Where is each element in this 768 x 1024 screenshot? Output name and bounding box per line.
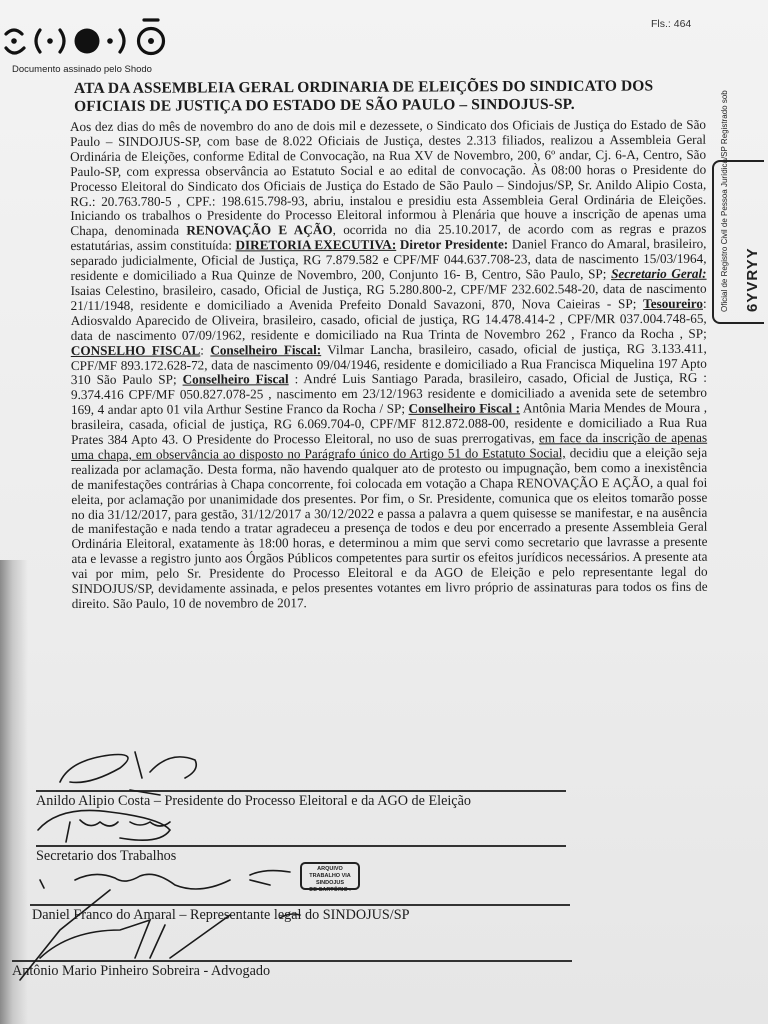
signature-caption-president: Anildo Alipio Costa – Presidente do Proc… xyxy=(36,793,471,810)
handwritten-signatures xyxy=(0,740,768,1024)
document-page: Documento assinado pelo Shodo Fls.: 464 … xyxy=(0,0,768,1024)
text-segment: Aos dez dias do mês de novembro do ano d… xyxy=(70,117,706,239)
signature-line xyxy=(30,904,570,906)
text-segment: Isaias Celestino, brasileiro, casado, Of… xyxy=(71,281,707,313)
registry-stamp-text: Oficial de Registro Civil de Pessoa Jurí… xyxy=(720,90,730,312)
secretario-label: Secretario Geral: xyxy=(611,266,707,281)
shodo-logo-icon xyxy=(2,16,172,60)
document-title: ATA DA ASSEMBLEIA GERAL ORDINARIA DE ELE… xyxy=(74,77,714,116)
stamp-line: TRABALHO VIA SINDOJUS xyxy=(302,873,358,887)
page-edge-shadow xyxy=(0,560,28,1024)
text-segment: : xyxy=(200,342,210,357)
stamp-line: ARQUIVO xyxy=(302,866,358,873)
conselheiro-label: Conselheiro Fiscal: xyxy=(210,342,321,357)
conselheiro-label: Conselheiro Fiscal xyxy=(183,372,289,387)
registry-stamp-number: 6YVRYY xyxy=(744,247,761,312)
diretoria-label: DIRETORIA EXECUTIVA: xyxy=(235,237,396,253)
conselho-label: CONSELHO FISCAL xyxy=(71,342,201,357)
conselheiro-label: Conselheiro Fiscal : xyxy=(408,401,520,416)
signature-caption-secretary: Secretario dos Trabalhos xyxy=(36,848,176,865)
text-segment: decidiu que a eleição seja realizada por… xyxy=(71,445,707,611)
logo-caption: Documento assinado pelo Shodo xyxy=(12,64,152,75)
tesoureiro-label: Tesoureiro xyxy=(643,296,703,311)
chapa-name: RENOVAÇÃO E AÇÃO xyxy=(186,222,332,238)
signature-line xyxy=(36,845,566,847)
page-reference: Fls.: 464 xyxy=(651,18,691,30)
signature-line xyxy=(12,960,572,962)
registry-stamp: Oficial de Registro Civil de Pessoa Jurí… xyxy=(712,160,764,324)
signature-caption-representative: Daniel Franco do Amaral – Representante … xyxy=(32,907,409,924)
notary-stamp: ARQUIVO TRABALHO VIA SINDOJUS DE CARTÓRI… xyxy=(300,862,360,890)
document-body: Aos dez dias do mês de novembro do ano d… xyxy=(70,118,708,612)
minutes-paragraph: Aos dez dias do mês de novembro do ano d… xyxy=(70,118,708,612)
signature-line xyxy=(36,790,566,792)
presidente-label: Diretor Presidente: xyxy=(396,237,508,252)
stamp-line: DE CARTÓRIO . xyxy=(302,887,358,894)
signature-caption-lawyer: Antônio Mario Pinheiro Sobreira - Advoga… xyxy=(12,963,270,980)
